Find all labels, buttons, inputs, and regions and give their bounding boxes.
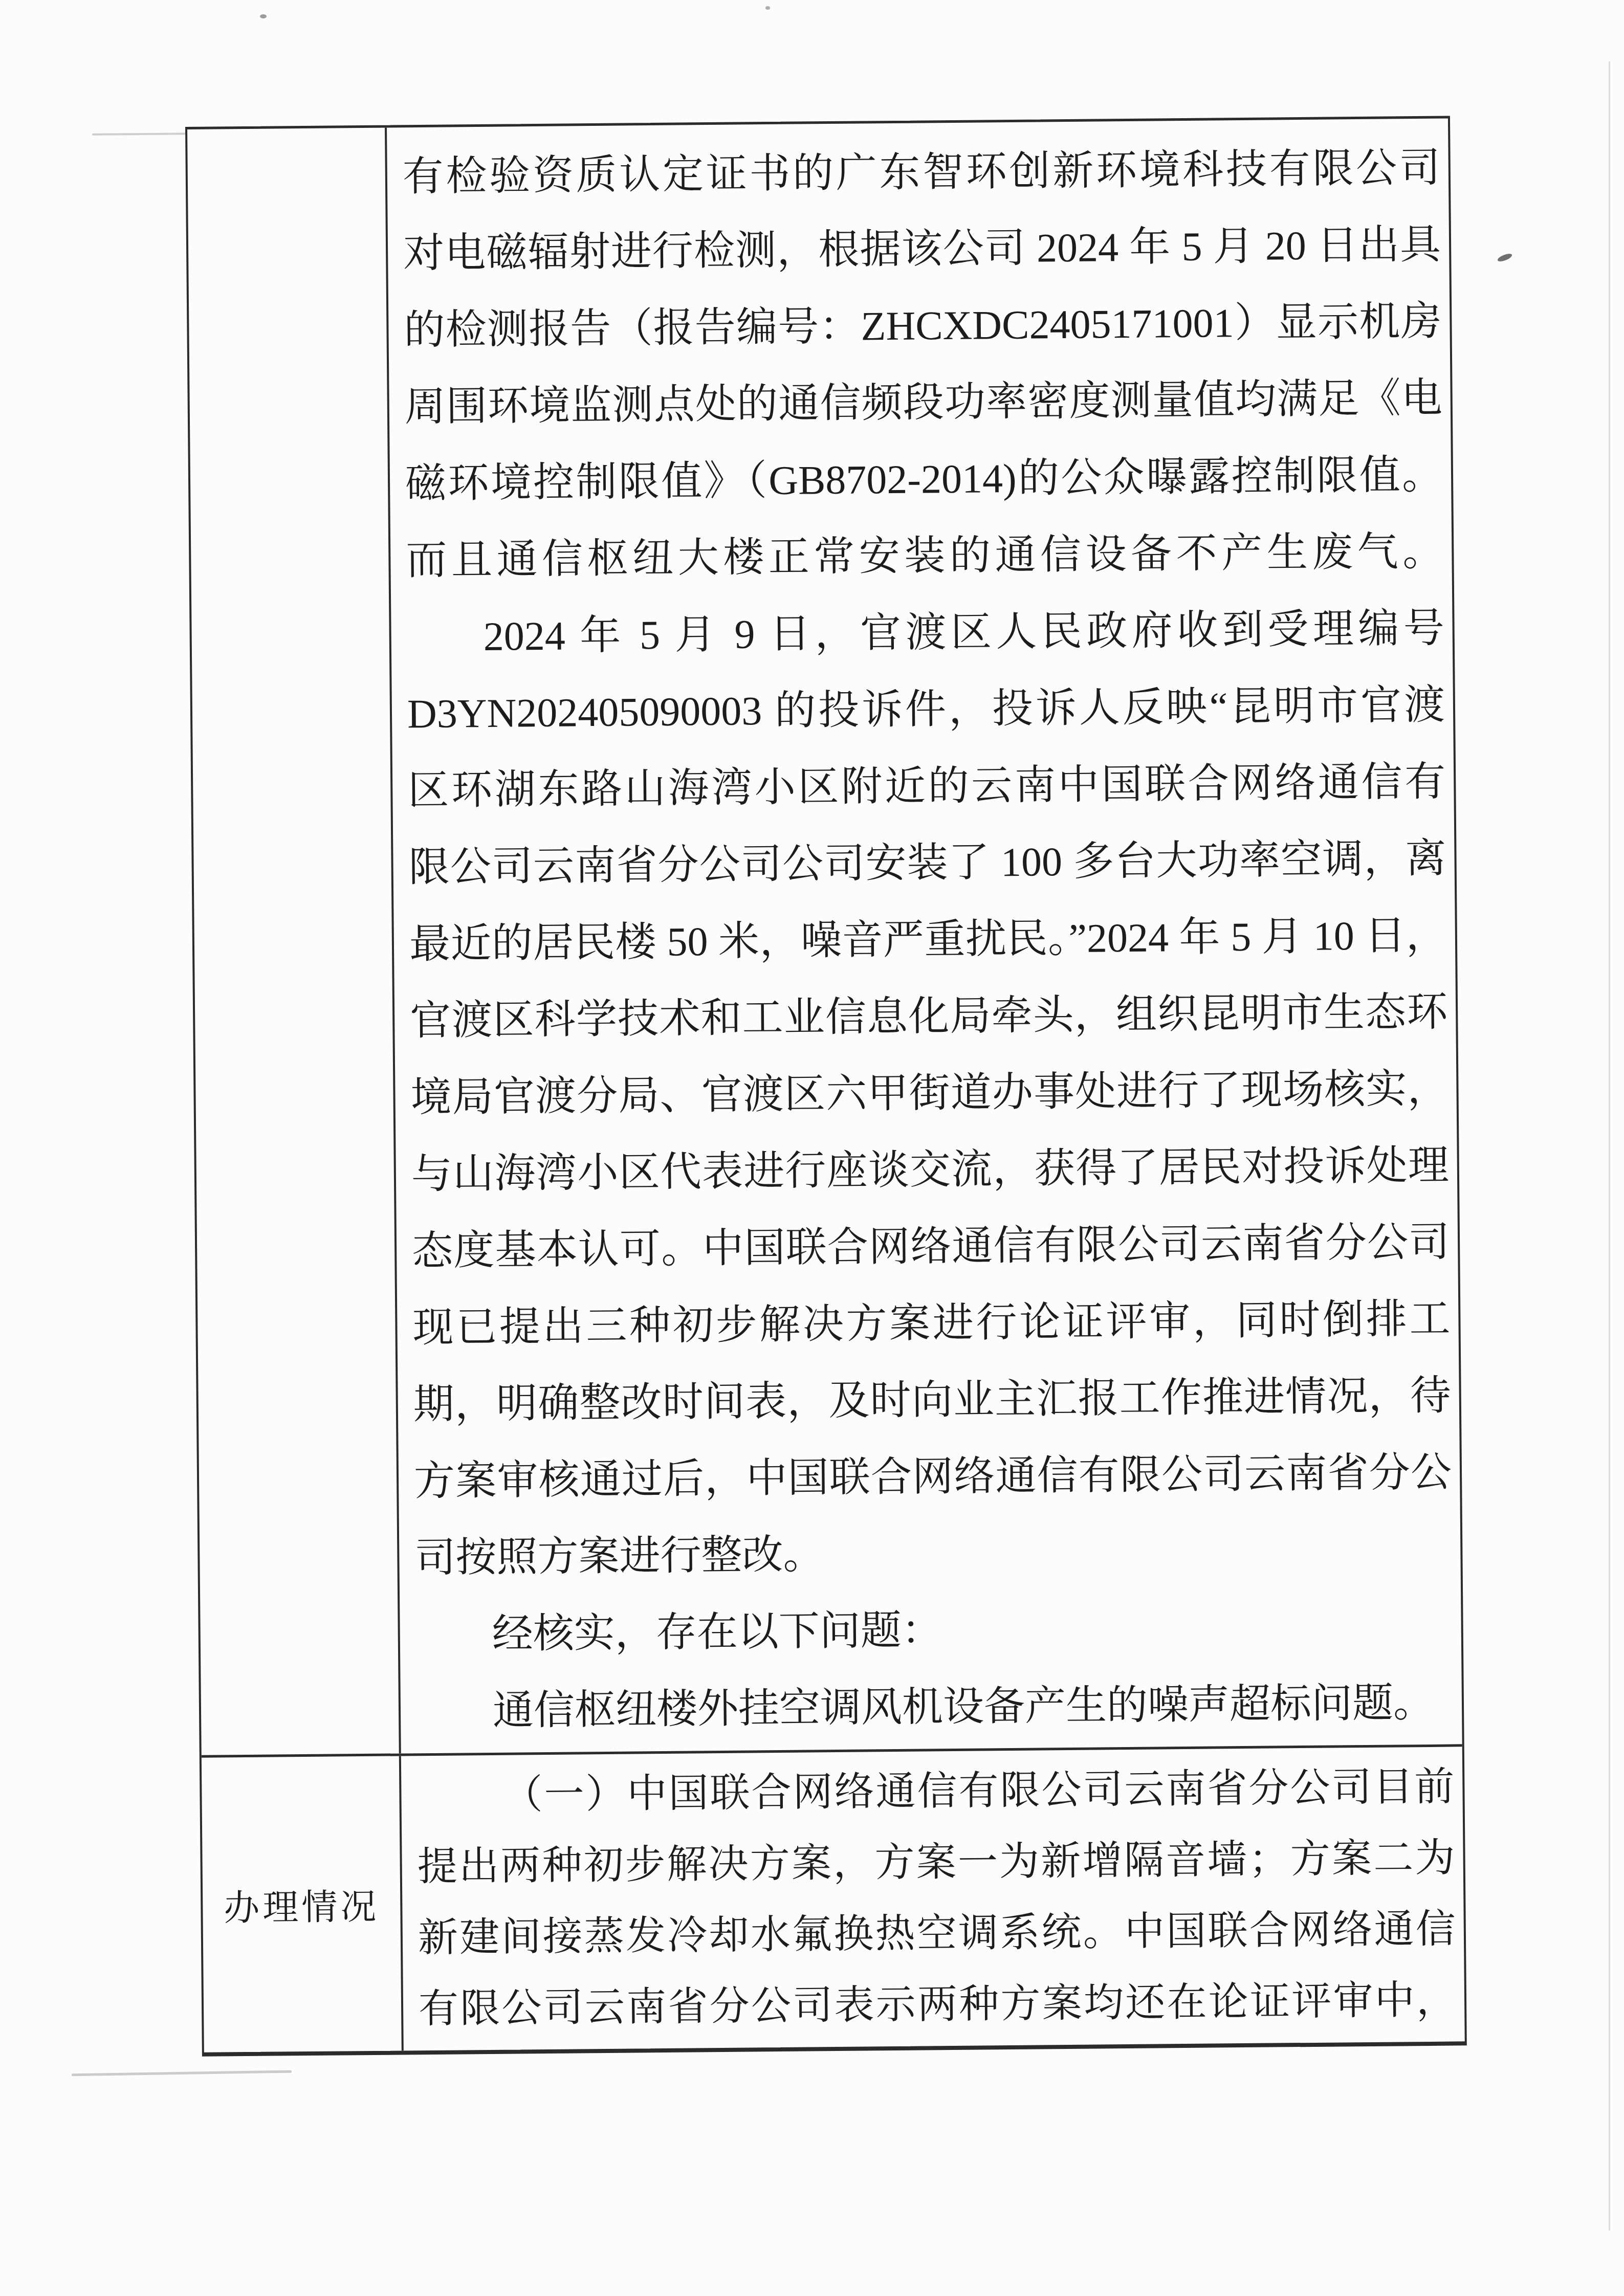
text-line: 态度基本认可。中国联合网络通信有限公司云南省分公司 bbox=[412, 1204, 1450, 1290]
text-line: 方案审核通过后，中国联合网络通信有限公司云南省分公 bbox=[413, 1434, 1452, 1520]
text-line: 司按照方案进行整改。 bbox=[414, 1511, 1453, 1597]
text-line: 提出两种初步解决方案，方案一为新增隔音墙；方案二为 bbox=[417, 1822, 1455, 1902]
scan-smudge bbox=[72, 2070, 292, 2077]
text-line: D3YN202405090003 的投诉件，投诉人反映“昆明市官渡 bbox=[407, 667, 1445, 753]
scan-speck bbox=[260, 14, 267, 18]
scan-edge-line bbox=[1609, 61, 1610, 2231]
text-line: 周围环境监测点处的通信频段功率密度测量值均满足《电 bbox=[404, 360, 1442, 446]
text-line: 境局官渡分局、官渡区六甲街道办事处进行了现场核实， bbox=[410, 1051, 1449, 1137]
text-line: 经核实，存在以下问题： bbox=[415, 1587, 1453, 1673]
text-line: 期，明确整改时间表，及时向业主汇报工作推进情况，待 bbox=[413, 1358, 1451, 1444]
text-line: （一）中国联合网络通信有限公司云南省分公司目前 bbox=[416, 1751, 1455, 1831]
scanned-document-page: 有检验资质认定证书的广东智环创新环境科技有限公司对电磁辐射进行检测，根据该公司 … bbox=[0, 0, 1624, 2296]
table-row-continuation: 有检验资质认定证书的广东智环创新环境科技有限公司对电磁辐射进行检测，根据该公司 … bbox=[187, 118, 1462, 1757]
text-line: 限公司云南省分公司公司安装了 100 多台大功率空调，离 bbox=[408, 821, 1446, 907]
text-line: 区环湖东路山海湾小区附近的云南中国联合网络通信有 bbox=[408, 744, 1446, 830]
row-label: 办理情况 bbox=[224, 1878, 380, 1931]
row-label-cell: 办理情况 bbox=[202, 1756, 404, 2052]
complaint-handling-table: 有检验资质认定证书的广东智环创新环境科技有限公司对电磁辐射进行检测，根据该公司 … bbox=[185, 116, 1467, 2056]
row-content-handling: （一）中国联合网络通信有限公司云南省分公司目前提出两种初步解决方案，方案一为新增… bbox=[401, 1747, 1465, 2050]
text-line: 最近的居民楼 50 米，噪音严重扰民。”2024 年 5 月 10 日， bbox=[409, 897, 1447, 983]
text-line: 有检验资质认定证书的广东智环创新环境科技有限公司 bbox=[402, 130, 1440, 216]
table-row-handling-status: 办理情况 （一）中国联合网络通信有限公司云南省分公司目前提出两种初步解决方案，方… bbox=[202, 1747, 1465, 2052]
text-line: 官渡区科学技术和工业信息化局牵头，组织昆明市生态环 bbox=[410, 974, 1448, 1060]
text-line: 现已提出三种初步解决方案进行论证评审，同时倒排工 bbox=[412, 1281, 1451, 1367]
text-line: 2024 年 5 月 9 日，官渡区人民政府收到受理编号 bbox=[406, 590, 1444, 676]
text-line: 而且通信枢纽大楼正常安装的通信设备不产生废气。 bbox=[406, 514, 1444, 600]
text-line: 的检测报告（报告编号：ZHCXDC2405171001）显示机房 bbox=[404, 283, 1442, 369]
row-content-continuation: 有检验资质认定证书的广东智环创新环境科技有限公司对电磁辐射进行检测，根据该公司 … bbox=[387, 118, 1462, 1753]
scan-speck bbox=[765, 6, 770, 10]
text-line: 对电磁辐射进行检测，根据该公司 2024 年 5 月 20 日出具 bbox=[403, 207, 1441, 293]
text-line: 通信枢纽楼外挂空调风机设备产生的噪声超标问题。 bbox=[415, 1664, 1454, 1750]
text-line: 与山海湾小区代表进行座谈交流，获得了居民对投诉处理 bbox=[411, 1128, 1449, 1213]
text-line: 新建间接蒸发冷却水氟换热空调系统。中国联合网络通信 bbox=[418, 1893, 1456, 1973]
scan-smudge bbox=[92, 133, 192, 136]
row-label-cell-empty bbox=[187, 128, 401, 1755]
scan-speck bbox=[1497, 252, 1513, 263]
text-line: 磁环境控制限值》（GB8702-2014)的公众曝露控制限值。 bbox=[405, 437, 1443, 523]
text-line: 有限公司云南省分公司表示两种方案均还在论证评审中， bbox=[419, 1964, 1457, 2044]
